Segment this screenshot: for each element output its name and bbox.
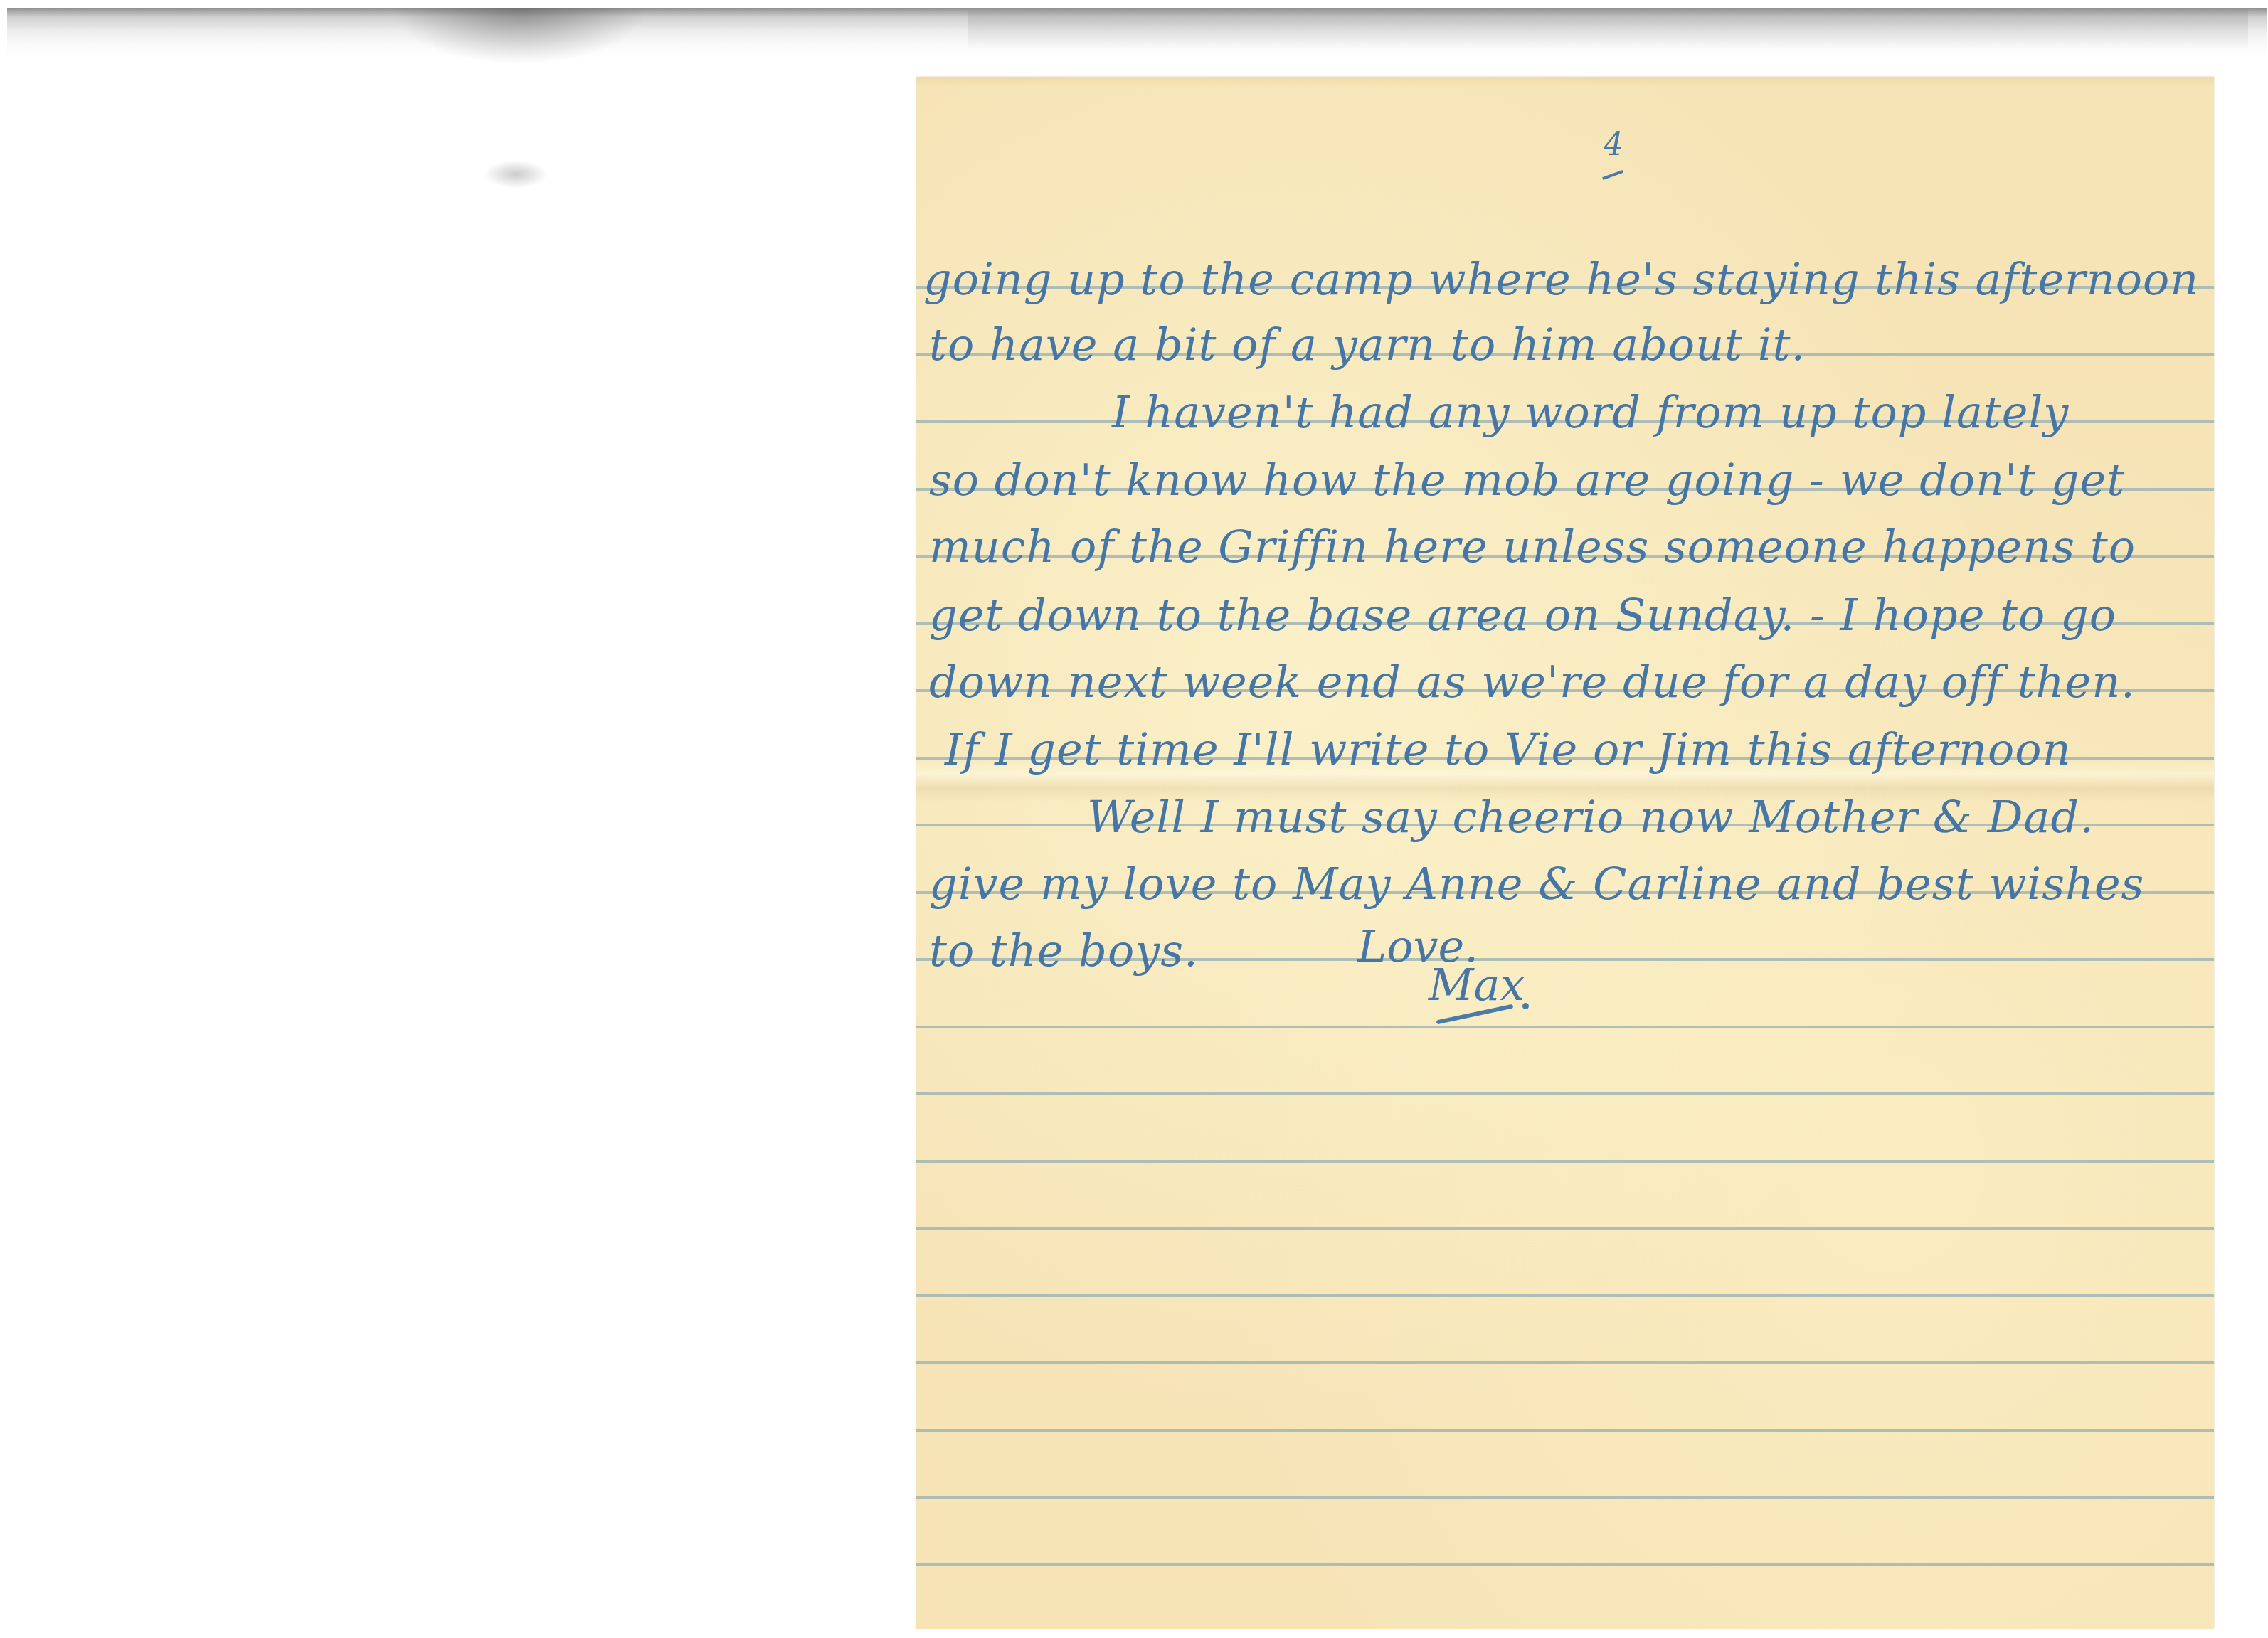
ruled-line <box>916 1563 2214 1566</box>
letter-line: going up to the camp where he's staying … <box>923 255 2199 304</box>
ruled-line <box>916 1026 2214 1028</box>
letter-line: to the boys. <box>929 926 1199 976</box>
ruled-line <box>916 1361 2214 1364</box>
ruled-line <box>916 1294 2214 1297</box>
ruled-line <box>916 1160 2214 1163</box>
letter-line: give my love to May Anne & Carline and b… <box>929 859 2144 909</box>
scan-smudge <box>484 160 548 188</box>
letter-line: to have a bit of a yarn to him about it. <box>929 320 1806 370</box>
letter-line: Well I must say cheerio now Mother & Dad… <box>1087 792 2094 842</box>
letter-line: much of the Griffin here unless someone … <box>929 522 2136 572</box>
page-number: 4 <box>1592 127 1635 163</box>
letter-line: so don't know how the mob are going - we… <box>929 455 2125 505</box>
ruled-line <box>916 1092 2214 1095</box>
letter-line: down next week end as we're due for a da… <box>929 657 2136 707</box>
letter-line: get down to the base area on Sunday. - I… <box>929 590 2116 640</box>
scanner-bed: 4 going up to the camp where he's stayin… <box>0 0 2268 1638</box>
letter-line: I haven't had any word from up top latel… <box>1112 388 2069 437</box>
signature: Max <box>1429 959 1525 1011</box>
signature-dot <box>1522 1003 1529 1009</box>
ruled-line <box>916 1227 2214 1230</box>
ruled-line <box>916 1496 2214 1499</box>
ruled-line <box>916 1429 2214 1432</box>
letter-line: If I get time I'll write to Vie or Jim t… <box>945 725 2072 775</box>
scanner-lid-shadow <box>7 8 2267 58</box>
letter-page: 4 going up to the camp where he's stayin… <box>916 77 2214 1629</box>
